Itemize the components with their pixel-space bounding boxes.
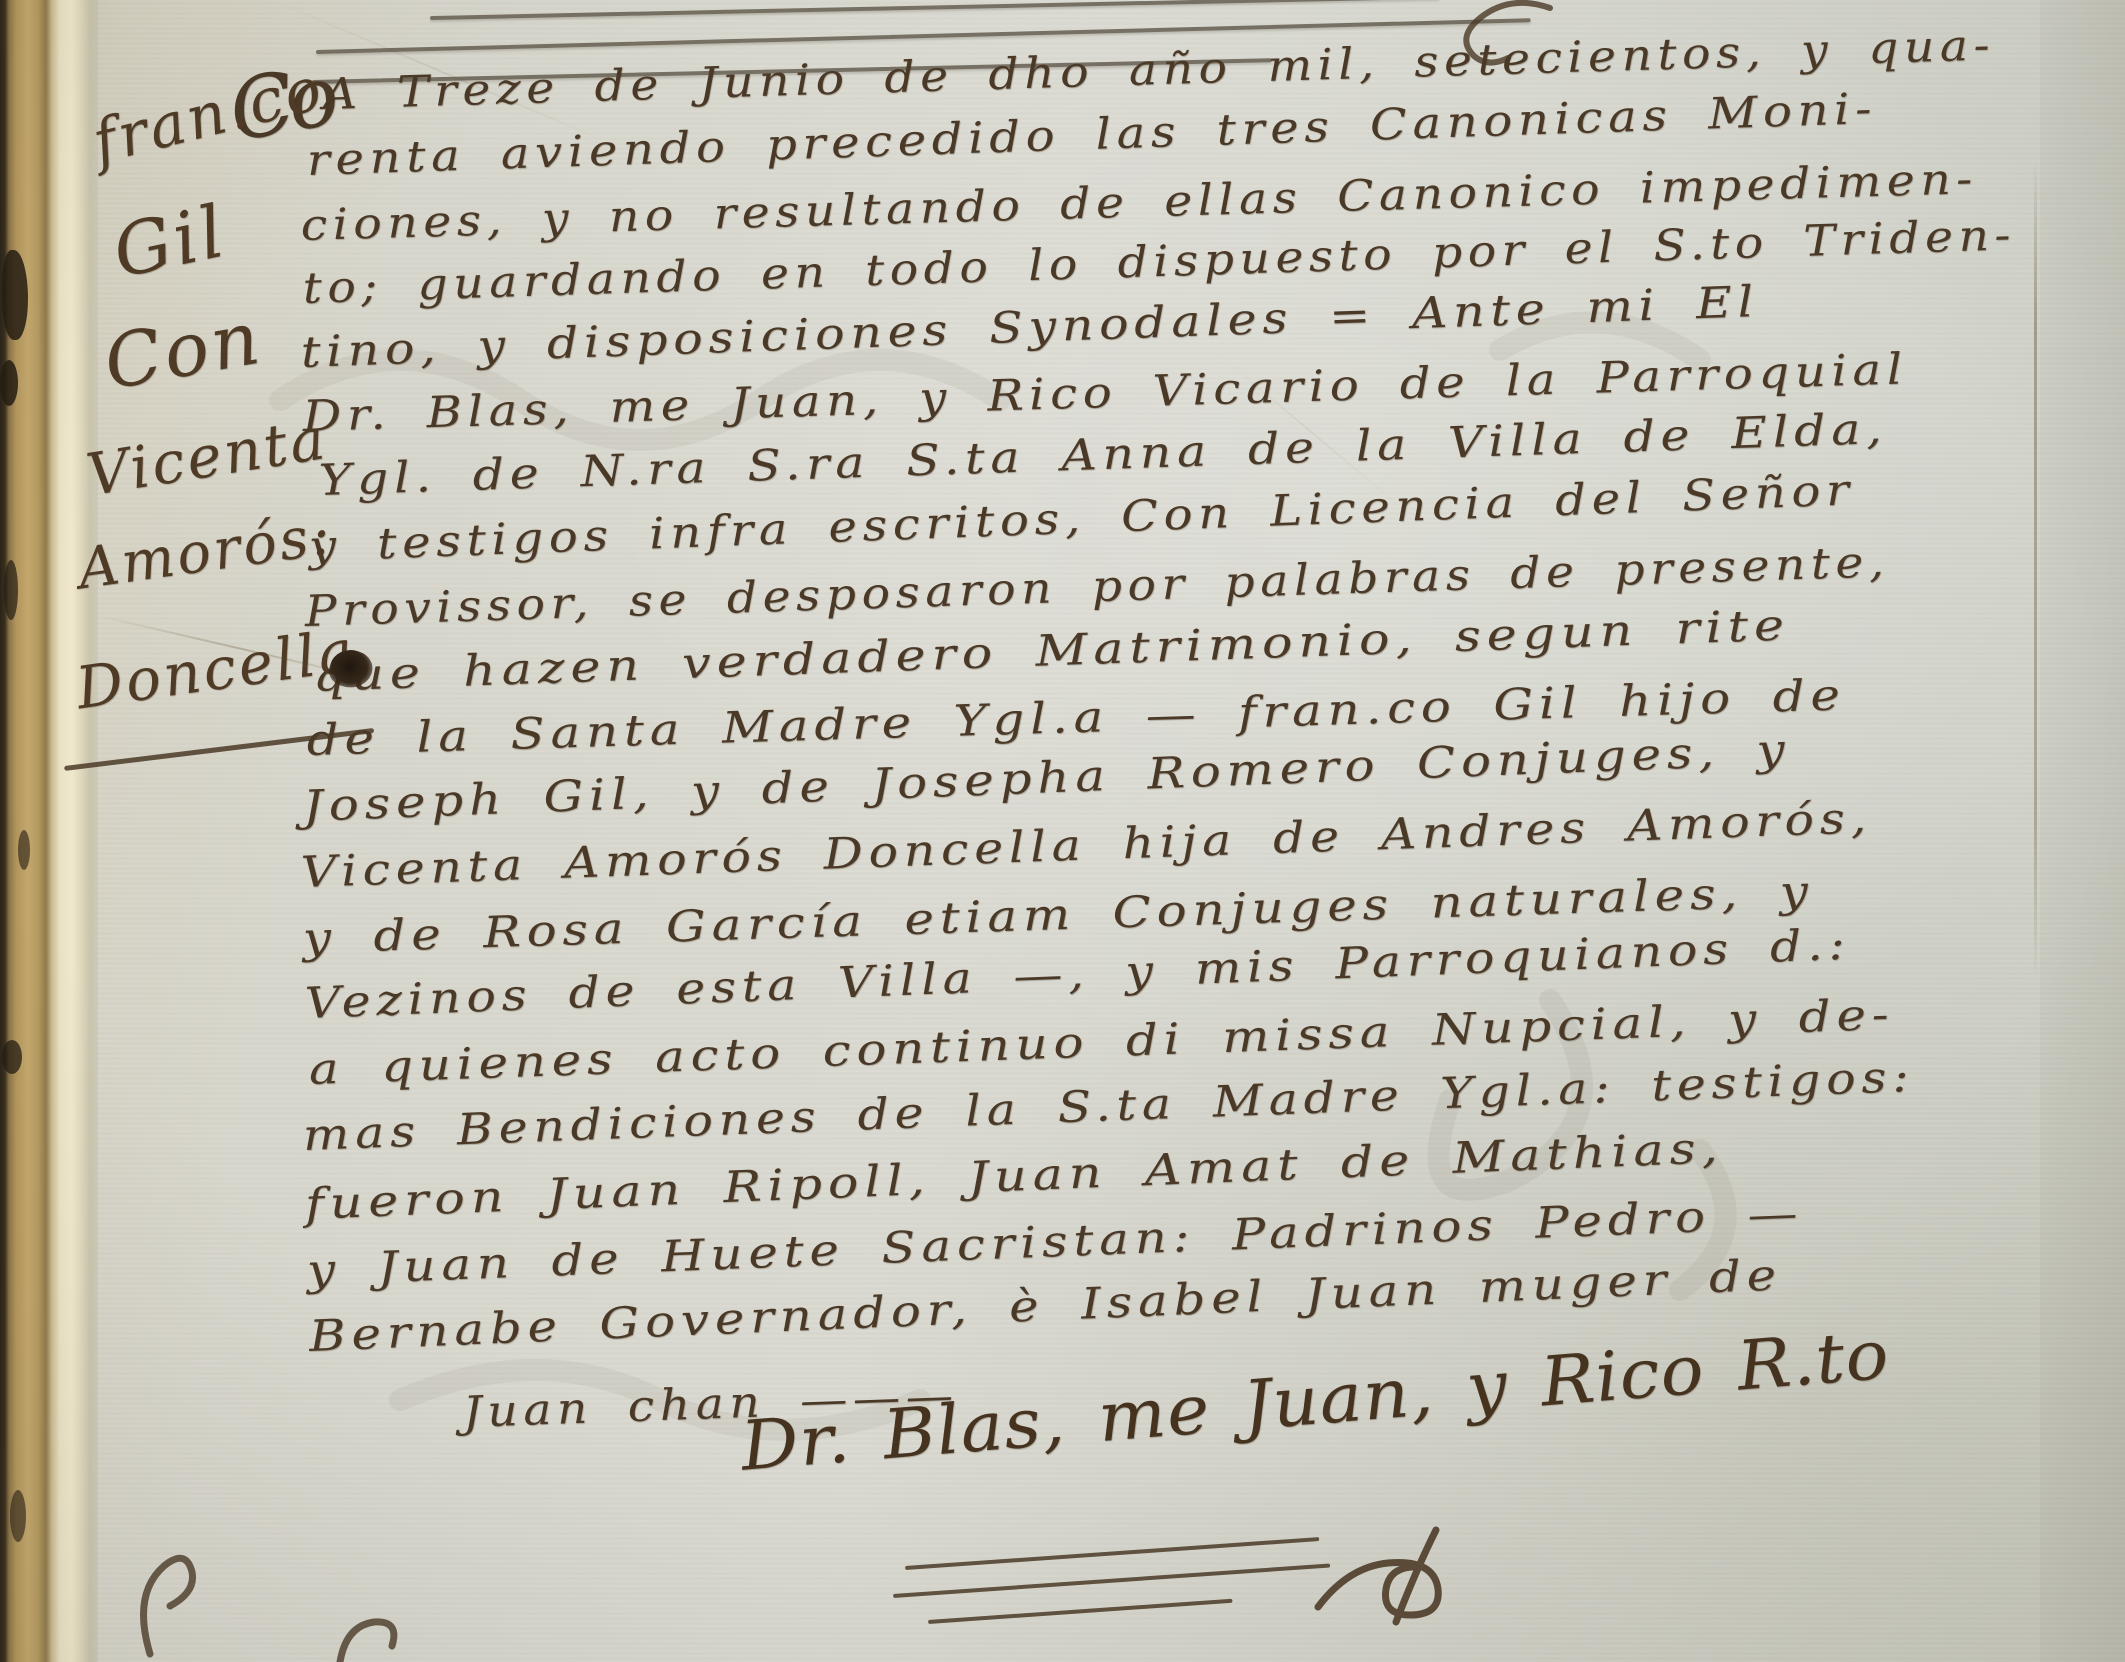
binding-ink-spot	[0, 360, 18, 406]
next-entry-partial-strokes	[90, 1524, 510, 1662]
manuscript-page: Co fran.co Gil Con Vicenta Amorós: Donce…	[0, 0, 2125, 1662]
signature-flourish-line	[928, 1599, 1233, 1624]
page-right-margin-shade	[2040, 0, 2125, 1662]
book-binding-edge	[0, 0, 98, 1662]
top-rule	[430, 0, 1440, 20]
binding-ink-spot	[10, 1490, 26, 1542]
binding-ink-spot	[18, 830, 30, 870]
page-right-edge	[2034, 160, 2037, 980]
binding-ink-spot	[4, 560, 18, 620]
binding-ink-spot	[2, 1040, 22, 1074]
signature-rubric	[1308, 1512, 1458, 1632]
binding-ink-spot	[2, 250, 28, 340]
